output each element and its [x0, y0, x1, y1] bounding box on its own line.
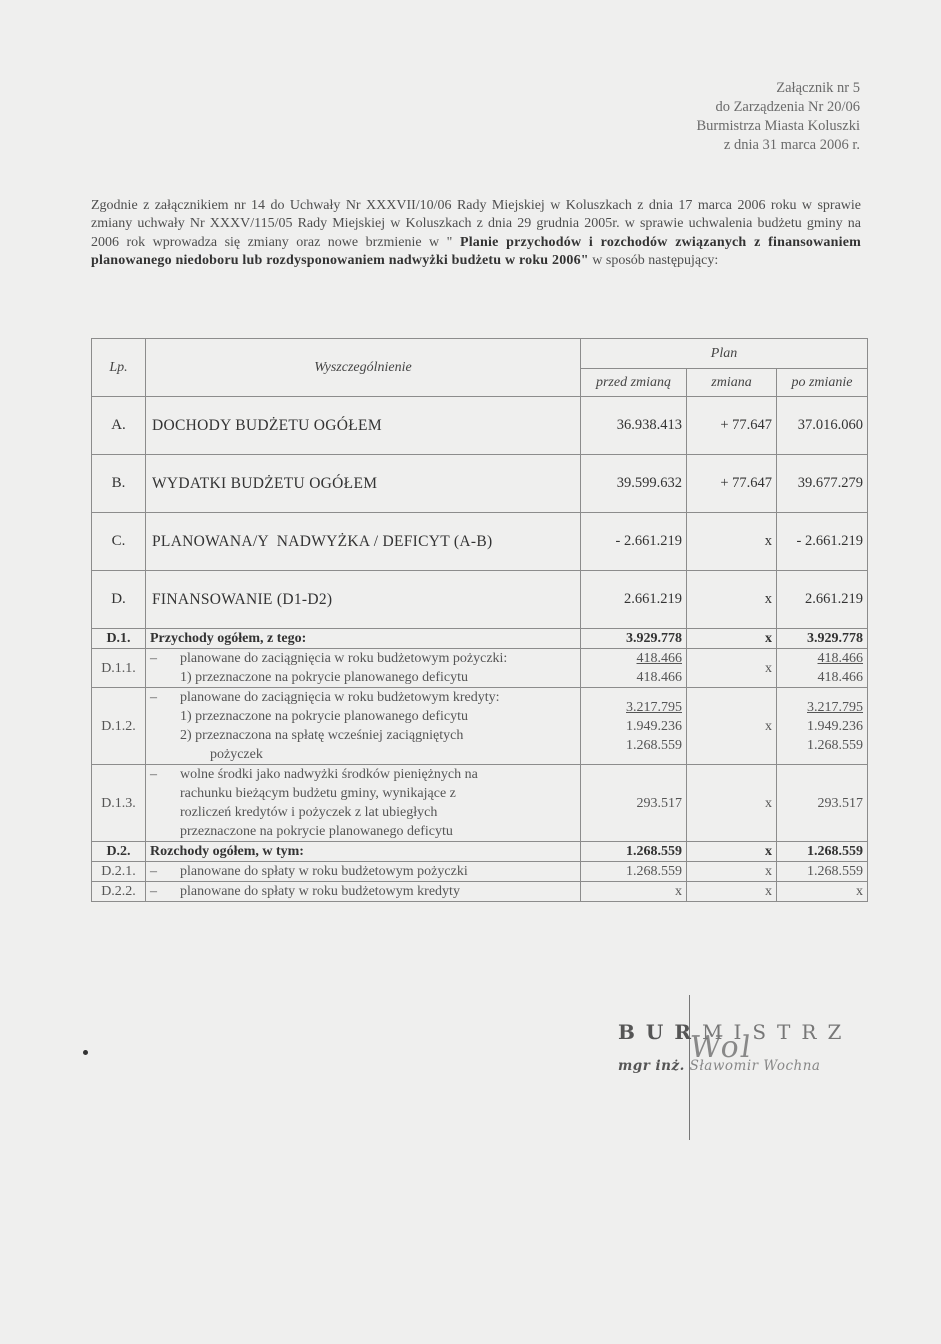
table-row-d13: D.1.3. –wolne środki jako nadwyżki środk… — [92, 765, 868, 842]
value-sub1: 418.466 — [818, 670, 864, 685]
row-description: –planowane do zaciągnięcia w roku budżet… — [146, 649, 581, 688]
row-after: 3.217.795 1.949.236 1.268.559 — [777, 688, 868, 765]
annex-regulation: do Zarządzenia Nr 20/06 — [696, 98, 860, 117]
row-change: + 77.647 — [687, 455, 777, 513]
row-before: 36.938.413 — [581, 397, 687, 455]
row-description: PLANOWANA/Y NADWYŻKA / DEFICYT (A-B) — [146, 513, 581, 571]
row-description: DOCHODY BUDŻETU OGÓŁEM — [146, 397, 581, 455]
signatory-name: Sławomir Wochna — [690, 1058, 821, 1074]
row-description-main: planowane do spłaty w roku budżetowym kr… — [180, 884, 460, 899]
row-before: 418.466 418.466 — [581, 649, 687, 688]
row-before: 3.929.778 — [581, 629, 687, 649]
row-description-line: rachunku bieżącym budżetu gminy, wynikaj… — [150, 784, 576, 803]
value-sub2: 1.268.559 — [807, 738, 863, 753]
value-total: 418.466 — [637, 651, 683, 666]
row-lp: D. — [92, 571, 146, 629]
row-description: Rozchody ogółem, w tym: — [146, 842, 581, 862]
value-total: 3.217.795 — [626, 700, 682, 715]
table-row-d1: D.1. Przychody ogółem, z tego: 3.929.778… — [92, 629, 868, 649]
row-sub-item-cont: pożyczek — [150, 745, 576, 764]
stamp-title: BURMISTRZ — [618, 1020, 878, 1044]
annex-header: Załącznik nr 5 do Zarządzenia Nr 20/06 B… — [696, 79, 860, 155]
row-description-line: wolne środki jako nadwyżki środków pieni… — [180, 767, 478, 782]
row-description: –planowane do spłaty w roku budżetowym p… — [146, 862, 581, 882]
row-lp: D.2.2. — [92, 882, 146, 902]
annex-number: Załącznik nr 5 — [696, 79, 860, 98]
row-description: –planowane do zaciągnięcia w roku budżet… — [146, 688, 581, 765]
stamp-title-part: BUR — [618, 1020, 702, 1044]
row-lp: D.2.1. — [92, 862, 146, 882]
annex-date: z dnia 31 marca 2006 r. — [696, 136, 860, 155]
row-description-main: planowane do spłaty w roku budżetowym po… — [180, 864, 468, 879]
row-lp: D.1. — [92, 629, 146, 649]
row-lp: D.2. — [92, 842, 146, 862]
scan-speck — [83, 1050, 88, 1055]
dash-bullet: – — [150, 765, 180, 784]
row-lp: B. — [92, 455, 146, 513]
row-after: 37.016.060 — [777, 397, 868, 455]
row-description: FINANSOWANIE (D1-D2) — [146, 571, 581, 629]
row-after: 1.268.559 — [777, 842, 868, 862]
row-lp: C. — [92, 513, 146, 571]
value-sub1: 1.949.236 — [626, 719, 682, 734]
header-after-change: po zmianie — [777, 369, 868, 397]
intro-text-end: w sposób następujący: — [589, 253, 718, 268]
table-row-d2: D.2. Rozchody ogółem, w tym: 1.268.559 x… — [92, 842, 868, 862]
official-stamp: BURMISTRZ mgr inż. Sławomir Wochna — [618, 1020, 878, 1074]
value-sub2: 1.268.559 — [626, 738, 682, 753]
row-lp: A. — [92, 397, 146, 455]
stamp-name: mgr inż. Sławomir Wochna — [618, 1058, 878, 1074]
header-before-change: przed zmianą — [581, 369, 687, 397]
row-before: - 2.661.219 — [581, 513, 687, 571]
row-before: 293.517 — [581, 765, 687, 842]
row-sub-item: 1) przeznaczone na pokrycie planowanego … — [150, 668, 576, 687]
row-before: 3.217.795 1.949.236 1.268.559 — [581, 688, 687, 765]
row-change: + 77.647 — [687, 397, 777, 455]
row-before: 1.268.559 — [581, 862, 687, 882]
row-description: –planowane do spłaty w roku budżetowym k… — [146, 882, 581, 902]
row-description-main: planowane do zaciągnięcia w roku budżeto… — [180, 651, 507, 666]
row-sub-item: 1) przeznaczone na pokrycie planowanego … — [150, 707, 576, 726]
row-after: 418.466 418.466 — [777, 649, 868, 688]
row-change: x — [687, 571, 777, 629]
financing-table: Lp. Wyszczególnienie Plan przed zmianą z… — [91, 338, 868, 902]
row-description-line: rozliczeń kredytów i pożyczek z lat ubie… — [150, 803, 576, 822]
row-after: 2.661.219 — [777, 571, 868, 629]
row-after: - 2.661.219 — [777, 513, 868, 571]
stamp-title-part: MISTRZ — [702, 1020, 852, 1044]
value-sub1: 1.949.236 — [807, 719, 863, 734]
value-sub1: 418.466 — [637, 670, 683, 685]
header-plan: Plan — [581, 339, 868, 369]
row-before: 2.661.219 — [581, 571, 687, 629]
table-row-d22: D.2.2. –planowane do spłaty w roku budże… — [92, 882, 868, 902]
row-change: x — [687, 882, 777, 902]
intro-paragraph: Zgodnie z załącznikiem nr 14 do Uchwały … — [91, 197, 861, 271]
row-lp: D.1.2. — [92, 688, 146, 765]
table-row-d12: D.1.2. –planowane do zaciągnięcia w roku… — [92, 688, 868, 765]
row-change: x — [687, 629, 777, 649]
row-before: 39.599.632 — [581, 455, 687, 513]
row-after: 39.677.279 — [777, 455, 868, 513]
row-description: –wolne środki jako nadwyżki środków pien… — [146, 765, 581, 842]
table-header-row: Lp. Wyszczególnienie Plan — [92, 339, 868, 369]
row-before: x — [581, 882, 687, 902]
row-after: 3.929.778 — [777, 629, 868, 649]
value-total: 3.217.795 — [807, 700, 863, 715]
value-total: 418.466 — [818, 651, 864, 666]
row-description-main: planowane do zaciągnięcia w roku budżeto… — [180, 690, 500, 705]
row-change: x — [687, 649, 777, 688]
row-after: 293.517 — [777, 765, 868, 842]
header-description: Wyszczególnienie — [146, 339, 581, 397]
header-change: zmiana — [687, 369, 777, 397]
dash-bullet: – — [150, 862, 180, 881]
row-sub-item: 2) przeznaczona na spłatę wcześniej zaci… — [150, 726, 576, 745]
row-change: x — [687, 842, 777, 862]
table-row: C. PLANOWANA/Y NADWYŻKA / DEFICYT (A-B) … — [92, 513, 868, 571]
academic-title: mgr inż. — [618, 1058, 685, 1074]
table-row-d21: D.2.1. –planowane do spłaty w roku budże… — [92, 862, 868, 882]
dash-bullet: – — [150, 649, 180, 668]
row-description: Przychody ogółem, z tego: — [146, 629, 581, 649]
row-description-line: przeznaczone na pokrycie planowanego def… — [150, 822, 576, 841]
table-row-d11: D.1.1. –planowane do zaciągnięcia w roku… — [92, 649, 868, 688]
row-after: 1.268.559 — [777, 862, 868, 882]
row-lp: D.1.3. — [92, 765, 146, 842]
row-after: x — [777, 882, 868, 902]
header-lp: Lp. — [92, 339, 146, 397]
dash-bullet: – — [150, 882, 180, 901]
row-change: x — [687, 688, 777, 765]
table-row: D. FINANSOWANIE (D1-D2) 2.661.219 x 2.66… — [92, 571, 868, 629]
row-before: 1.268.559 — [581, 842, 687, 862]
row-change: x — [687, 765, 777, 842]
row-change: x — [687, 513, 777, 571]
row-lp: D.1.1. — [92, 649, 146, 688]
table-row: B. WYDATKI BUDŻETU OGÓŁEM 39.599.632 + 7… — [92, 455, 868, 513]
table-row: A. DOCHODY BUDŻETU OGÓŁEM 36.938.413 + 7… — [92, 397, 868, 455]
row-description: WYDATKI BUDŻETU OGÓŁEM — [146, 455, 581, 513]
dash-bullet: – — [150, 688, 180, 707]
row-change: x — [687, 862, 777, 882]
annex-issuer: Burmistrza Miasta Koluszki — [696, 117, 860, 136]
